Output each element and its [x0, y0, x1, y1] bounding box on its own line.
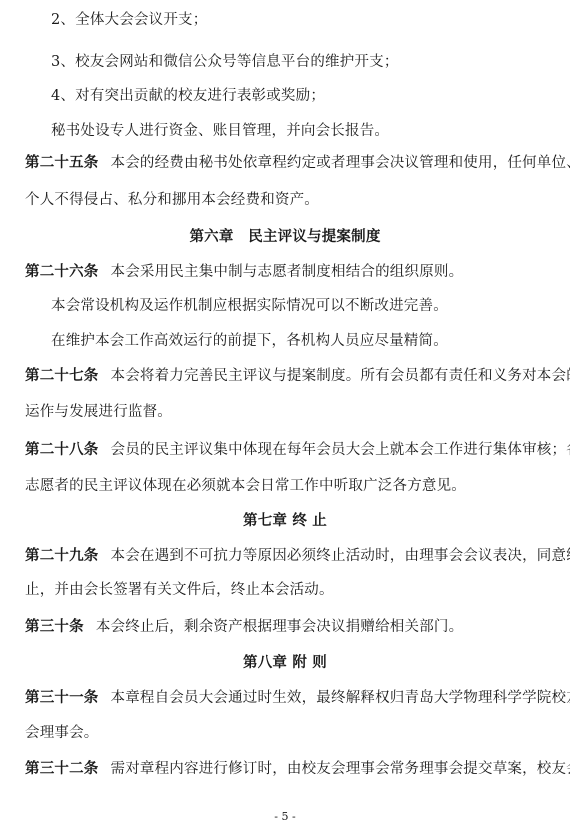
article-label: 第二十六条	[25, 263, 99, 280]
article-text: 本会在遇到不可抗力等原因必须终止活动时，由理事会会议表决，同意终	[111, 548, 570, 564]
article-continuation: 志愿者的民主评议体现在必须就本会日常工作中听取广泛各方意见。	[25, 476, 550, 496]
article-label: 第二十五条	[25, 154, 99, 171]
page-number: - 5 -	[0, 810, 570, 823]
list-item: 2、全体大会会议开支；	[51, 10, 570, 30]
article-text: 本会终止后，剩余资产根据理事会决议捐赠给相关部门。	[96, 619, 464, 635]
article-label: 第三十一条	[25, 689, 99, 706]
article-30: 第三十条本会终止后，剩余资产根据理事会决议捐赠给相关部门。	[25, 617, 550, 637]
article-continuation: 止，并由会长签署有关文件后，终止本会活动。	[25, 580, 550, 600]
article-32: 第三十二条需对章程内容进行修订时，由校友会理事会常务理事会提交草案，校友会	[25, 759, 550, 779]
article-label: 第二十八条	[25, 441, 99, 458]
chapter-heading: 第七章 终 止	[0, 511, 570, 531]
article-29: 第二十九条本会在遇到不可抗力等原因必须终止活动时，由理事会会议表决，同意终	[25, 546, 550, 566]
article-text: 会员的民主评议集中体现在每年会员大会上就本会工作进行集体审核；各	[111, 442, 570, 458]
article-27: 第二十七条本会将着力完善民主评议与提案制度。所有会员都有责任和义务对本会的	[25, 366, 550, 386]
chapter-heading: 第八章 附 则	[0, 653, 570, 673]
article-text: 本会将着力完善民主评议与提案制度。所有会员都有责任和义务对本会的	[111, 368, 570, 384]
list-item: 3、校友会网站和微信公众号等信息平台的维护开支；	[51, 52, 570, 72]
article-text: 本章程自会员大会通过时生效，最终解释权归青岛大学物理科学学院校友	[111, 690, 570, 706]
paragraph: 秘书处设专人进行资金、账目管理，并向会长报告。	[51, 121, 570, 141]
article-label: 第三十二条	[25, 760, 99, 777]
article-label: 第二十七条	[25, 367, 99, 384]
article-continuation: 个人不得侵占、私分和挪用本会经费和资产。	[25, 190, 550, 210]
article-label: 第三十条	[25, 618, 84, 635]
article-25: 第二十五条本会的经费由秘书处依章程约定或者理事会决议管理和使用，任何单位、	[25, 153, 550, 173]
article-continuation: 会理事会。	[25, 723, 550, 743]
article-continuation: 运作与发展进行监督。	[25, 402, 550, 422]
article-text: 本会采用民主集中制与志愿者制度相结合的组织原则。	[111, 264, 464, 280]
article-text: 本会的经费由秘书处依章程约定或者理事会决议管理和使用，任何单位、	[111, 155, 570, 171]
article-26: 第二十六条本会采用民主集中制与志愿者制度相结合的组织原则。	[25, 262, 550, 282]
article-31: 第三十一条本章程自会员大会通过时生效，最终解释权归青岛大学物理科学学院校友	[25, 688, 550, 708]
article-label: 第二十九条	[25, 547, 99, 564]
list-item: 4、对有突出贡献的校友进行表彰或奖励；	[51, 86, 570, 106]
chapter-heading: 第六章 民主评议与提案制度	[0, 227, 570, 247]
article-text: 需对章程内容进行修订时，由校友会理事会常务理事会提交草案，校友会	[111, 761, 570, 777]
paragraph: 在维护本会工作高效运行的前提下，各机构人员应尽量精简。	[51, 331, 570, 351]
paragraph: 本会常设机构及运作机制应根据实际情况可以不断改进完善。	[51, 296, 570, 316]
article-28: 第二十八条会员的民主评议集中体现在每年会员大会上就本会工作进行集体审核；各	[25, 440, 550, 460]
